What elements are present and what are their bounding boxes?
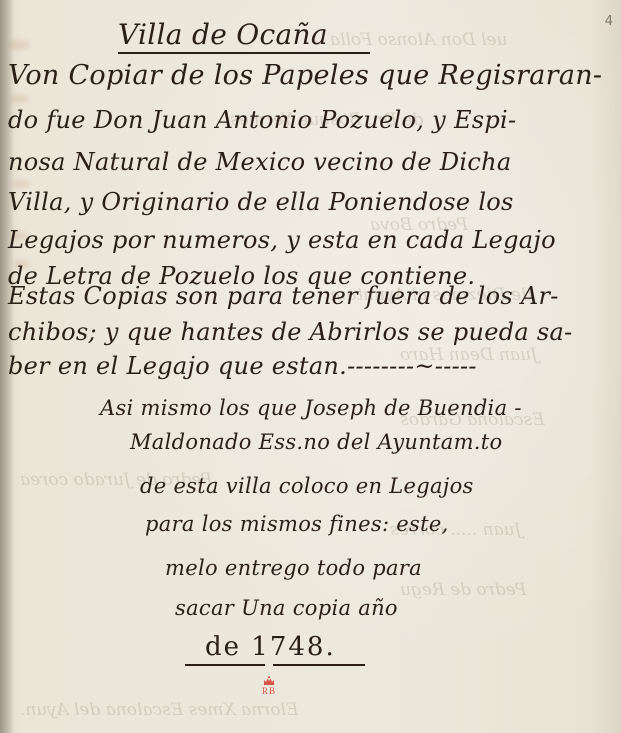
centered-line-2: Maldonado Ess.no del Ayuntam.to [130,430,502,454]
body-line-5: Legajos por numeros, y esta en cada Lega… [8,226,556,254]
body-line-7: Estas Copias son para tener fuera de los… [8,282,559,310]
centered-line-6: sacar Una copia año [175,596,398,620]
centered-line-5: melo entrego todo para [165,556,422,580]
crown-icon [263,676,275,686]
body-line-9: ber en el Legajo que estan.--------~----… [8,352,477,380]
year-underline-left [185,664,265,666]
paper-stain [8,40,30,50]
body-line-1: Von Copiar de los Papeles que Regisraran… [8,60,602,91]
page-title: Villa de Ocaña [118,18,328,51]
centered-line-3: de esta villa coloco en Legajos [140,474,474,498]
body-line-2: do fue Don Juan Antonio Pozuelo, y Espi- [8,106,516,134]
paper-stain [12,180,30,188]
body-line-8: chibos; y que hantes de Abrirlos se pued… [8,318,573,346]
bleed-through-text: Pedro de Regu [400,580,526,600]
bleed-through-text: uel Don Alonso Folla [330,30,507,50]
body-line-3: nosa Natural de Mexico vecino de Dicha [8,148,512,176]
year-underline-right [273,664,365,666]
year-line: de 1748. [205,632,336,662]
paper-stain [10,95,30,103]
manuscript-page: uel Don Alonso Folla de Dn. Bosque Yerme… [0,0,621,733]
stamp-label: RB [258,686,280,696]
title-underline [118,52,370,54]
library-stamp: RB [258,676,280,696]
folio-number: 4 [605,14,613,29]
centered-line-1: Asi mismo los que Joseph de Buendia - [100,396,522,420]
centered-line-4: para los mismos fines: este, [145,512,449,536]
body-line-4: Villa, y Originario de ella Poniendose l… [8,188,514,216]
bleed-through-text: Elorna Xmes Escalona del Ayun. [20,700,298,720]
